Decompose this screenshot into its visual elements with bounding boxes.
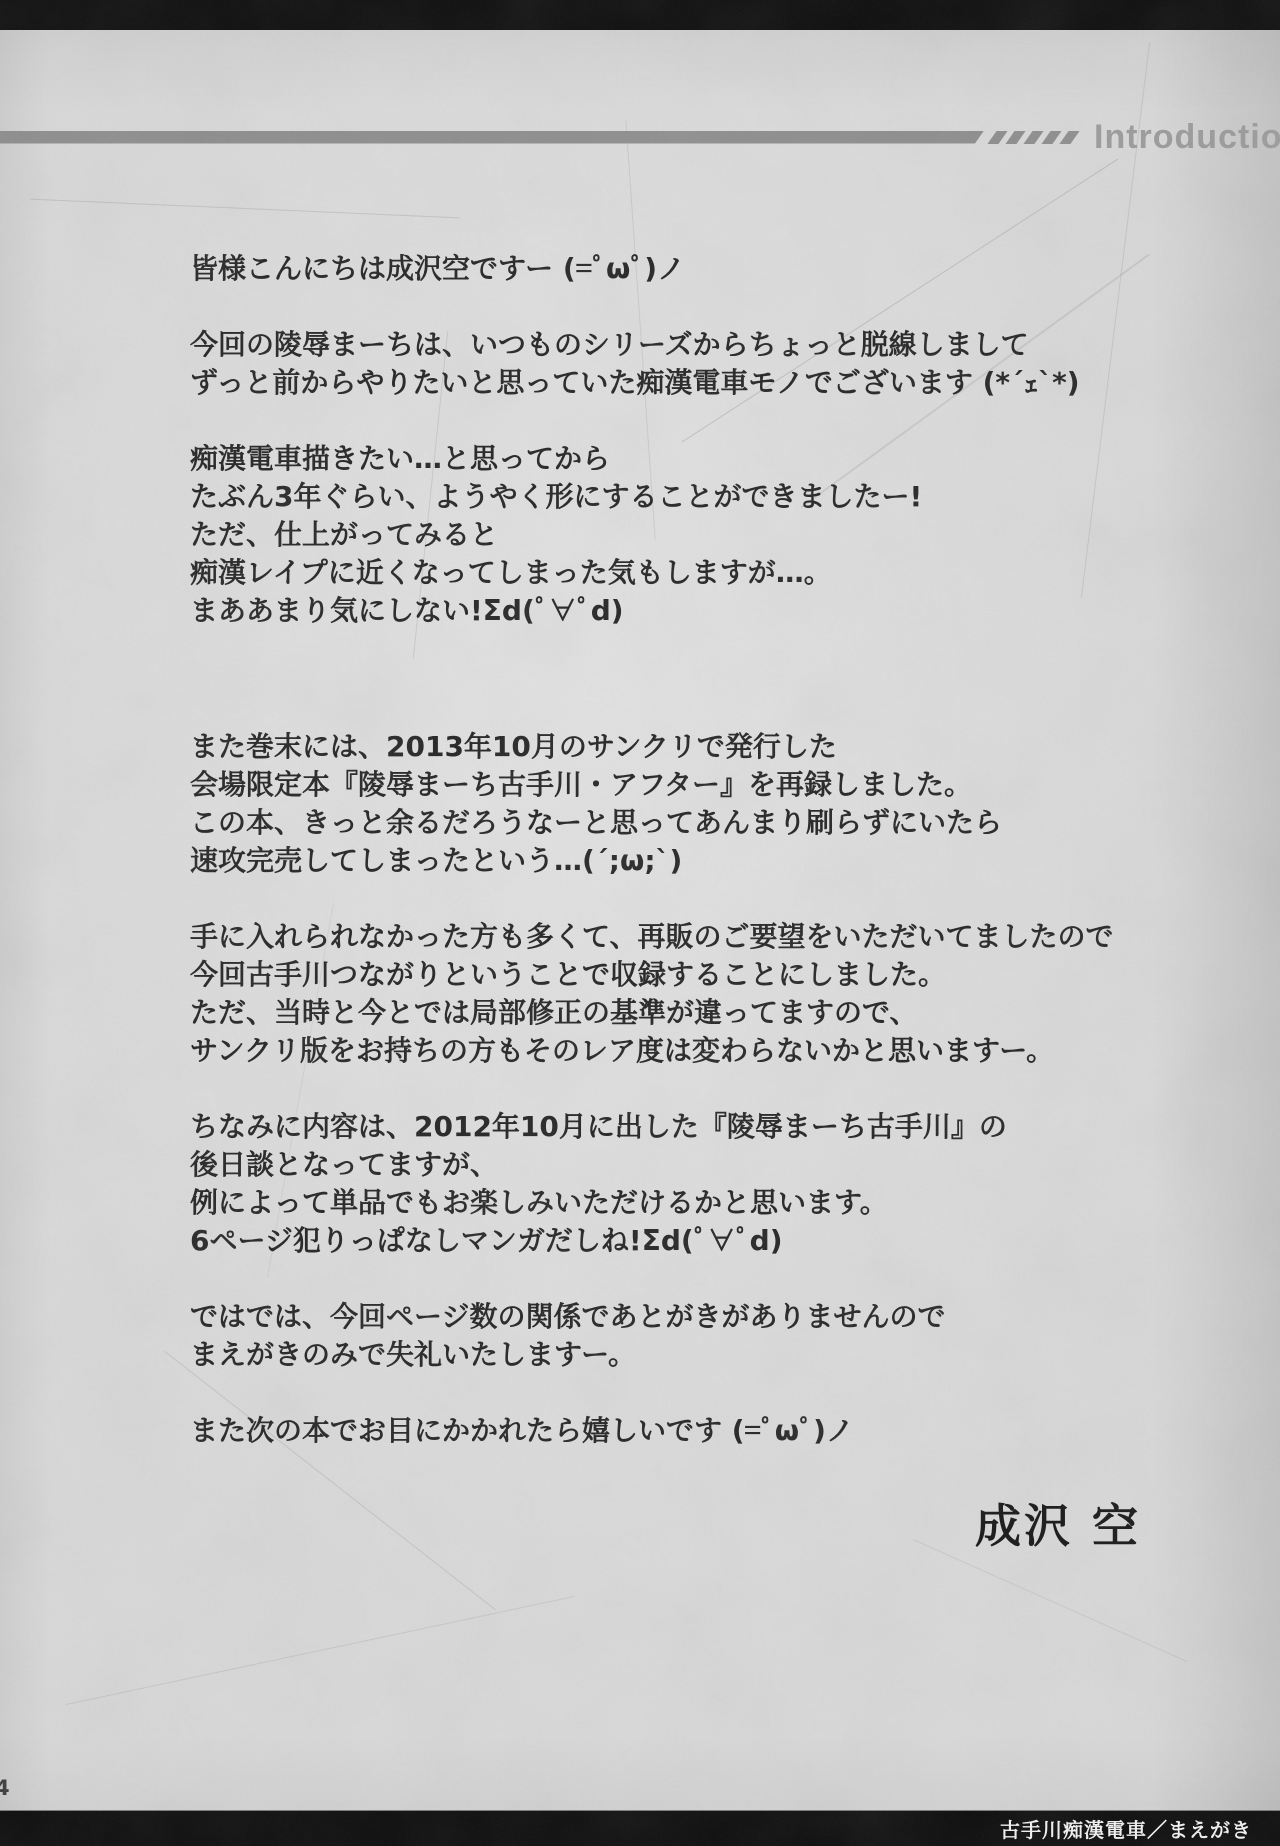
paper-scratch <box>66 1596 575 1705</box>
text-line: 皆様こんにちは成沢空ですー (=ﾟωﾟ)ノ <box>190 252 685 285</box>
paragraph: ではでは、今回ページ数の関係であとがきがありませんので まえがきのみで失礼いたし… <box>190 1298 1210 1374</box>
scanned-foreword-page: Introduction 皆様こんにちは成沢空ですー (=ﾟωﾟ)ノ 今回の陵辱… <box>0 0 1280 1846</box>
text-line: まああまり気にしない!Σd(ﾟ∀ﾟd) <box>190 594 624 627</box>
text-line: 速攻完売してしまったという…(´;ω;`) <box>190 844 682 877</box>
stripe-icon <box>1023 131 1043 144</box>
text-line: ただ、当時と今とでは局部修正の基準が違ってますので、 <box>190 996 917 1029</box>
paragraph: 手に入れられなかった方も多くて、再販のご要望をいただいてましたので 今回古手川つ… <box>190 918 1210 1070</box>
text-line: また巻末には、2013年10月のサンクリで発行した <box>190 730 837 763</box>
text-line: ずっと前からやりたいと思っていた痴漢電車モノでございます (*´ｪ`*) <box>190 366 1080 399</box>
stripe-icon <box>1041 131 1061 144</box>
text-line: サンクリ版をお持ちの方もそのレア度は変わらないかと思いますー。 <box>190 1034 1054 1067</box>
text-line: ただ、仕上がってみると <box>190 518 498 551</box>
introduction-header: Introduction <box>0 120 1280 154</box>
paragraph: 今回の陵辱まーちは、いつものシリーズからちょっと脱線しまして ずっと前からやりた… <box>190 326 1210 402</box>
text-line: 手に入れられなかった方も多くて、再販のご要望をいただいてましたので <box>190 920 1113 953</box>
stripe-icon <box>1059 131 1079 144</box>
paragraph: また次の本でお目にかかれたら嬉しいです (=ﾟωﾟ)ノ <box>190 1412 1210 1450</box>
text-line: 会場限定本『陵辱まーち古手川・アフター』を再録しました。 <box>190 768 972 801</box>
text-line: まえがきのみで失礼いたしますー。 <box>190 1338 636 1371</box>
page-number: 4 <box>0 1776 10 1800</box>
paragraph: 皆様こんにちは成沢空ですー (=ﾟωﾟ)ノ <box>190 250 1210 288</box>
header-rule-bar <box>0 131 984 144</box>
text-line: 例によって単品でもお楽しみいただけるかと思います。 <box>190 1186 888 1219</box>
author-signature: 成沢 空 <box>975 1490 1141 1556</box>
foreword-text: 皆様こんにちは成沢空ですー (=ﾟωﾟ)ノ 今回の陵辱まーちは、いつものシリーズ… <box>190 250 1210 1488</box>
text-line: また次の本でお目にかかれたら嬉しいです (=ﾟωﾟ)ノ <box>190 1414 854 1447</box>
stripe-icon <box>1005 131 1025 144</box>
text-line: 6ページ犯りっぱなしマンガだしね!Σd(ﾟ∀ﾟd) <box>190 1224 783 1257</box>
paragraph: 痴漢電車描きたい…と思ってから たぶん3年ぐらい、ようやく形にすることができまし… <box>190 440 1210 630</box>
paper-scratch <box>30 199 460 219</box>
text-line: 後日談となってますが、 <box>190 1148 498 1181</box>
page-title: Introduction <box>1094 120 1280 154</box>
text-line: 痴漢電車描きたい…と思ってから <box>190 442 610 475</box>
footer-black-band: 古手川痴漢電車／まえがき <box>0 1810 1280 1846</box>
text-line: ではでは、今回ページ数の関係であとがきがありませんので <box>190 1300 945 1333</box>
footer-title-label: 古手川痴漢電車／まえがき <box>1000 1814 1252 1843</box>
top-black-band <box>0 0 1280 30</box>
text-line: 今回古手川つながりということで収録することにしました。 <box>190 958 946 991</box>
stripe-icon <box>987 131 1007 144</box>
paragraph: また巻末には、2013年10月のサンクリで発行した 会場限定本『陵辱まーち古手川… <box>190 728 1210 880</box>
diagonal-stripes-icon <box>992 131 1082 144</box>
text-line: たぶん3年ぐらい、ようやく形にすることができましたー! <box>190 480 922 513</box>
text-line: ちなみに内容は、2012年10月に出した『陵辱まーち古手川』の <box>190 1110 1007 1143</box>
text-line: 今回の陵辱まーちは、いつものシリーズからちょっと脱線しまして <box>190 328 1029 361</box>
paragraph: ちなみに内容は、2012年10月に出した『陵辱まーち古手川』の 後日談となってま… <box>190 1108 1210 1260</box>
paper-scratch <box>913 1539 1187 1662</box>
text-line: 痴漢レイプに近くなってしまった気もしますが…。 <box>190 556 832 589</box>
text-line: この本、きっと余るだろうなーと思ってあんまり刷らずにいたら <box>190 806 1002 839</box>
